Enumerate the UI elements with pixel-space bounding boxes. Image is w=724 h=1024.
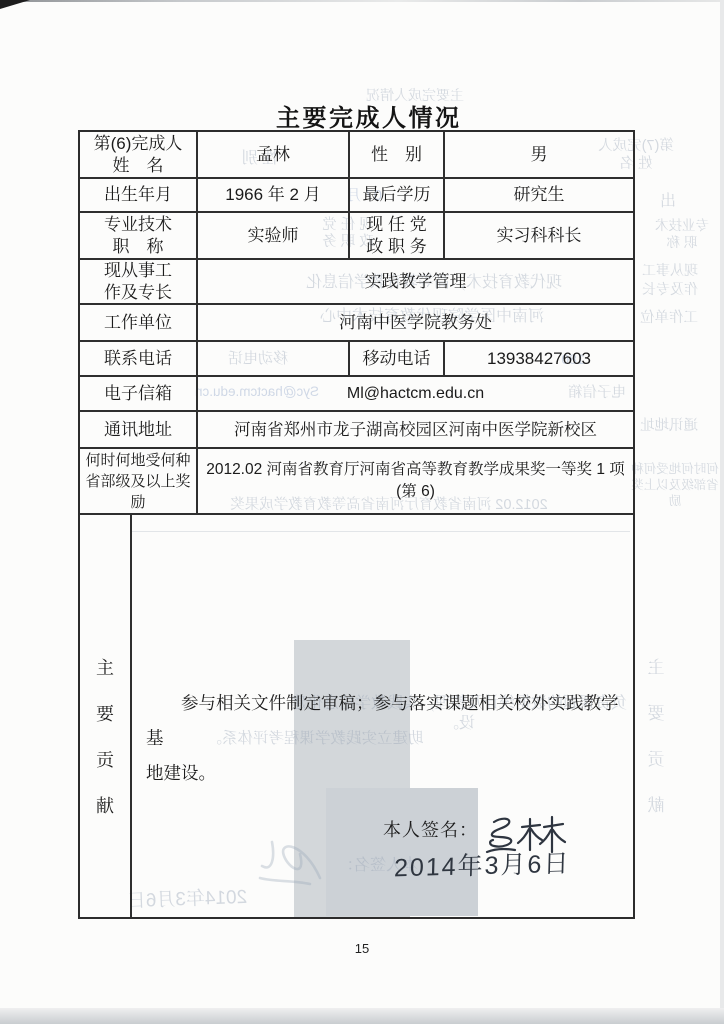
scan-corner-artifact <box>0 0 30 9</box>
tech-title-value: 实验师 <box>196 213 348 258</box>
bleed-through-text: 工作单位 <box>637 309 701 327</box>
tech-title-label: 专业技术 职 称 <box>80 213 196 258</box>
name-value: 孟林 <box>196 132 348 177</box>
bleed-through-text: 专业技术 职 称 <box>650 217 714 251</box>
specialty-label: 现从事工 作及专长 <box>80 260 196 303</box>
signature-date-handwriting: 2014年3月6日 <box>394 847 571 887</box>
awards-label: 何时何地受何种 省部级及以上奖励 <box>80 449 196 513</box>
table-row-birth: 出生年月 1966 年 2 月 最后学历 研究生 <box>80 177 633 211</box>
scanned-form-page: 主要完成人情况 主要完成人情况 第(7)完成人 姓 名 性 别 出 07 月 现… <box>0 0 724 1024</box>
table-row-contribution: 主 要 贡 献 参与相关文件制定审稿；参与落实课题相关校外实践教学基 地建设。 … <box>80 513 633 917</box>
bleed-through-text: 主 要 贡 献 <box>644 645 668 829</box>
table-row-phone: 联系电话 移动电话 13938427603 <box>80 340 633 375</box>
contribution-label: 主 要 贡 献 <box>80 515 130 917</box>
mobile-value: 13938427603 <box>443 342 633 375</box>
gender-label: 性 别 <box>348 132 443 177</box>
employer-value: 河南中医学院教务处 <box>196 305 633 340</box>
birth-value: 1966 年 2 月 <box>196 179 348 211</box>
bleed-through-text: 出 <box>658 192 678 212</box>
table-row-email: 电子信箱 Ml@hactcm.edu.cn <box>80 375 633 410</box>
birth-label: 出生年月 <box>80 179 196 211</box>
table-row-titles: 专业技术 职 称 实验师 现 任 党 政 职 务 实习科科长 <box>80 211 633 258</box>
bleed-through-text: 现从事工 作及专长 <box>634 261 706 299</box>
employer-label: 工作单位 <box>80 305 196 340</box>
contribution-cell: 参与相关文件制定审稿；参与落实课题相关校外实践教学基 地建设。 本人签名： <box>130 515 633 917</box>
address-label: 通讯地址 <box>80 412 196 447</box>
completer-info-table: 第(6)完成人 姓 名 孟林 性 别 男 出生年月 1966 年 2 月 最后学… <box>78 130 635 919</box>
email-value: Ml@hactcm.edu.cn <box>196 377 633 410</box>
scan-edge-artifact <box>0 0 724 2</box>
page-number: 15 <box>0 941 724 956</box>
table-row-name: 第(6)完成人 姓 名 孟林 性 别 男 <box>80 132 633 177</box>
gender-value: 男 <box>443 132 633 177</box>
party-post-value: 实习科科长 <box>443 213 633 258</box>
table-row-address: 通讯地址 河南省郑州市龙子湖高校园区河南中医学院新校区 <box>80 410 633 447</box>
phone-value <box>196 342 348 375</box>
phone-label: 联系电话 <box>80 342 196 375</box>
contribution-text: 参与相关文件制定审稿；参与落实课题相关校外实践教学基 地建设。 <box>146 686 625 791</box>
scan-edge-artifact <box>0 1008 724 1024</box>
name-label: 第(6)完成人 姓 名 <box>80 132 196 177</box>
table-row-awards: 何时何地受何种 省部级及以上奖励 2012.02 河南省教育厅河南省高等教育教学… <box>80 447 633 513</box>
specialty-value: 实践教学管理 <box>196 260 633 303</box>
bleed-through-text: 通讯地址 <box>637 417 701 435</box>
scan-edge-artifact <box>720 0 724 1024</box>
table-row-specialty: 现从事工 作及专长 实践教学管理 <box>80 258 633 303</box>
education-label: 最后学历 <box>348 179 443 211</box>
email-label: 电子信箱 <box>80 377 196 410</box>
education-value: 研究生 <box>443 179 633 211</box>
mobile-label: 移动电话 <box>348 342 443 375</box>
address-value: 河南省郑州市龙子湖高校园区河南中医学院新校区 <box>196 412 633 447</box>
table-row-employer: 工作单位 河南中医学院教务处 <box>80 303 633 340</box>
party-post-label: 现 任 党 政 职 务 <box>348 213 443 258</box>
page-title: 主要完成人情况 <box>276 98 462 133</box>
awards-value: 2012.02 河南省教育厅河南省高等教育教学成果奖一等奖 1 项(第 6) <box>196 449 633 513</box>
signature-label: 本人签名： <box>383 815 478 841</box>
bleed-through-text: 何时何地受何种 省部级及以上奖励 <box>627 461 723 509</box>
